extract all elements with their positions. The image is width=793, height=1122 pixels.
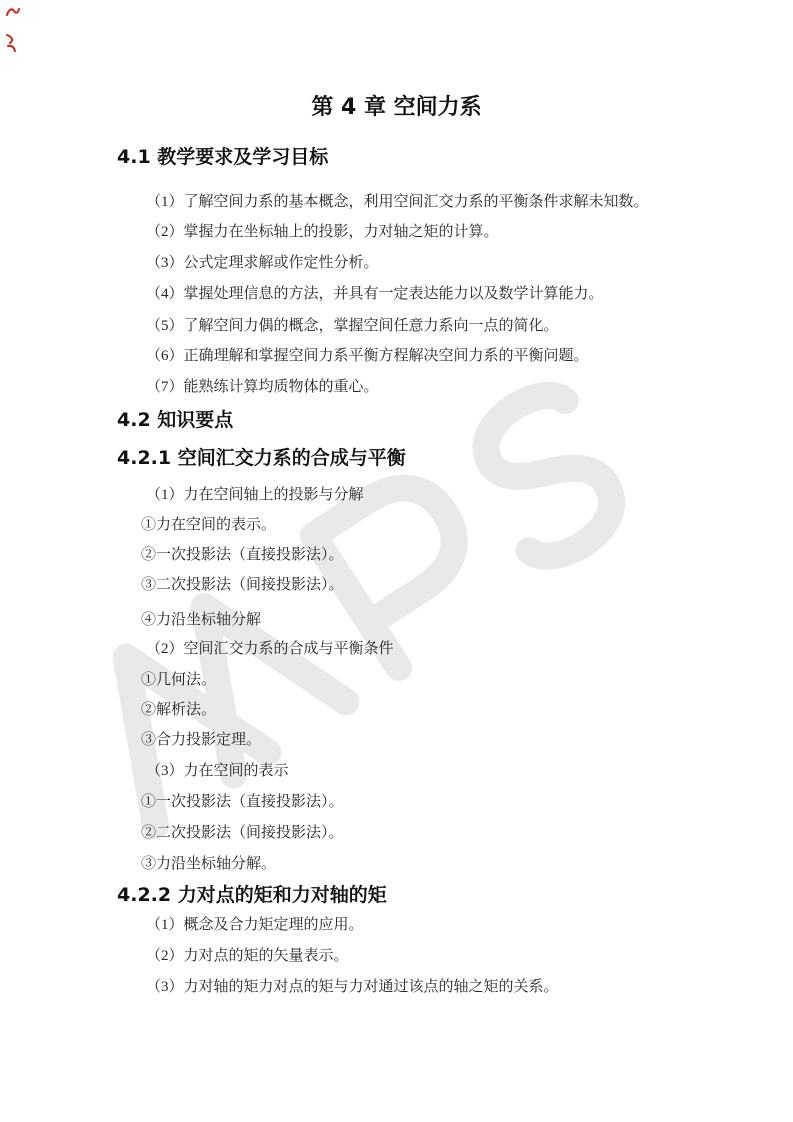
heading-4-2: 4.2 知识要点 (117, 408, 233, 432)
list-item: （1）力在空间轴上的投影与分解 (146, 485, 364, 505)
heading-4-2-1: 4.2.1 空间汇交力系的合成与平衡 (117, 446, 406, 470)
list-item: （3）力在空间的表示 (146, 761, 289, 781)
list-item: （1）概念及合力矩定理的应用。 (146, 915, 364, 935)
document-page[interactable]: 第 4 章 空间力系 4.1 教学要求及学习目标 （1）了解空间力系的基本概念，… (0, 0, 793, 1122)
list-item: （6）正确理解和掌握空间力系平衡方程解决空间力系的平衡问题。 (146, 346, 589, 366)
heading-4-2-2: 4.2.2 力对点的矩和力对轴的矩 (117, 883, 387, 907)
list-item: ③二次投影法（间接投影法）。 (141, 575, 344, 595)
list-item: ④力沿坐标轴分解 (141, 610, 261, 630)
list-item: （2）掌握力在坐标轴上的投影，力对轴之矩的计算。 (146, 222, 499, 242)
list-item: （4）掌握处理信息的方法，并具有一定表达能力以及数学计算能力。 (146, 284, 604, 304)
list-item: ①一次投影法（直接投影法）。 (141, 792, 344, 812)
red-annotation-mark (5, 6, 21, 20)
list-item: ②一次投影法（直接投影法）。 (141, 545, 344, 565)
list-item: ③力沿坐标轴分解。 (141, 854, 276, 874)
list-item: （2）力对点的矩的矢量表示。 (146, 946, 349, 966)
chapter-title: 第 4 章 空间力系 (0, 94, 793, 122)
list-item: ③合力投影定理。 (141, 730, 261, 750)
wps-watermark-s (459, 382, 636, 571)
heading-4-1: 4.1 教学要求及学习目标 (117, 145, 328, 169)
wps-watermark-w (70, 570, 346, 825)
list-item: （1）了解空间力系的基本概念，利用空间汇交力系的平衡条件求解未知数。 (146, 192, 649, 212)
list-item: （3）力对轴的矩力对点的矩与力对通过该点的轴之矩的关系。 (146, 977, 559, 997)
list-item: ②解析法。 (141, 700, 216, 720)
list-item: （3）公式定理求解或作定性分析。 (146, 253, 379, 273)
red-annotation-mark (4, 33, 18, 53)
list-item: ①力在空间的表示。 (141, 515, 276, 535)
list-item: （5）了解空间力偶的概念，掌握空间任意力系向一点的简化。 (146, 316, 559, 336)
wps-watermark (37, 321, 694, 854)
list-item: （2）空间汇交力系的合成与平衡条件 (146, 639, 394, 659)
list-item: ①几何法。 (141, 670, 216, 690)
list-item: （7）能熟练计算均质物体的重心。 (146, 377, 379, 397)
list-item: ②二次投影法（间接投影法）。 (141, 823, 344, 843)
